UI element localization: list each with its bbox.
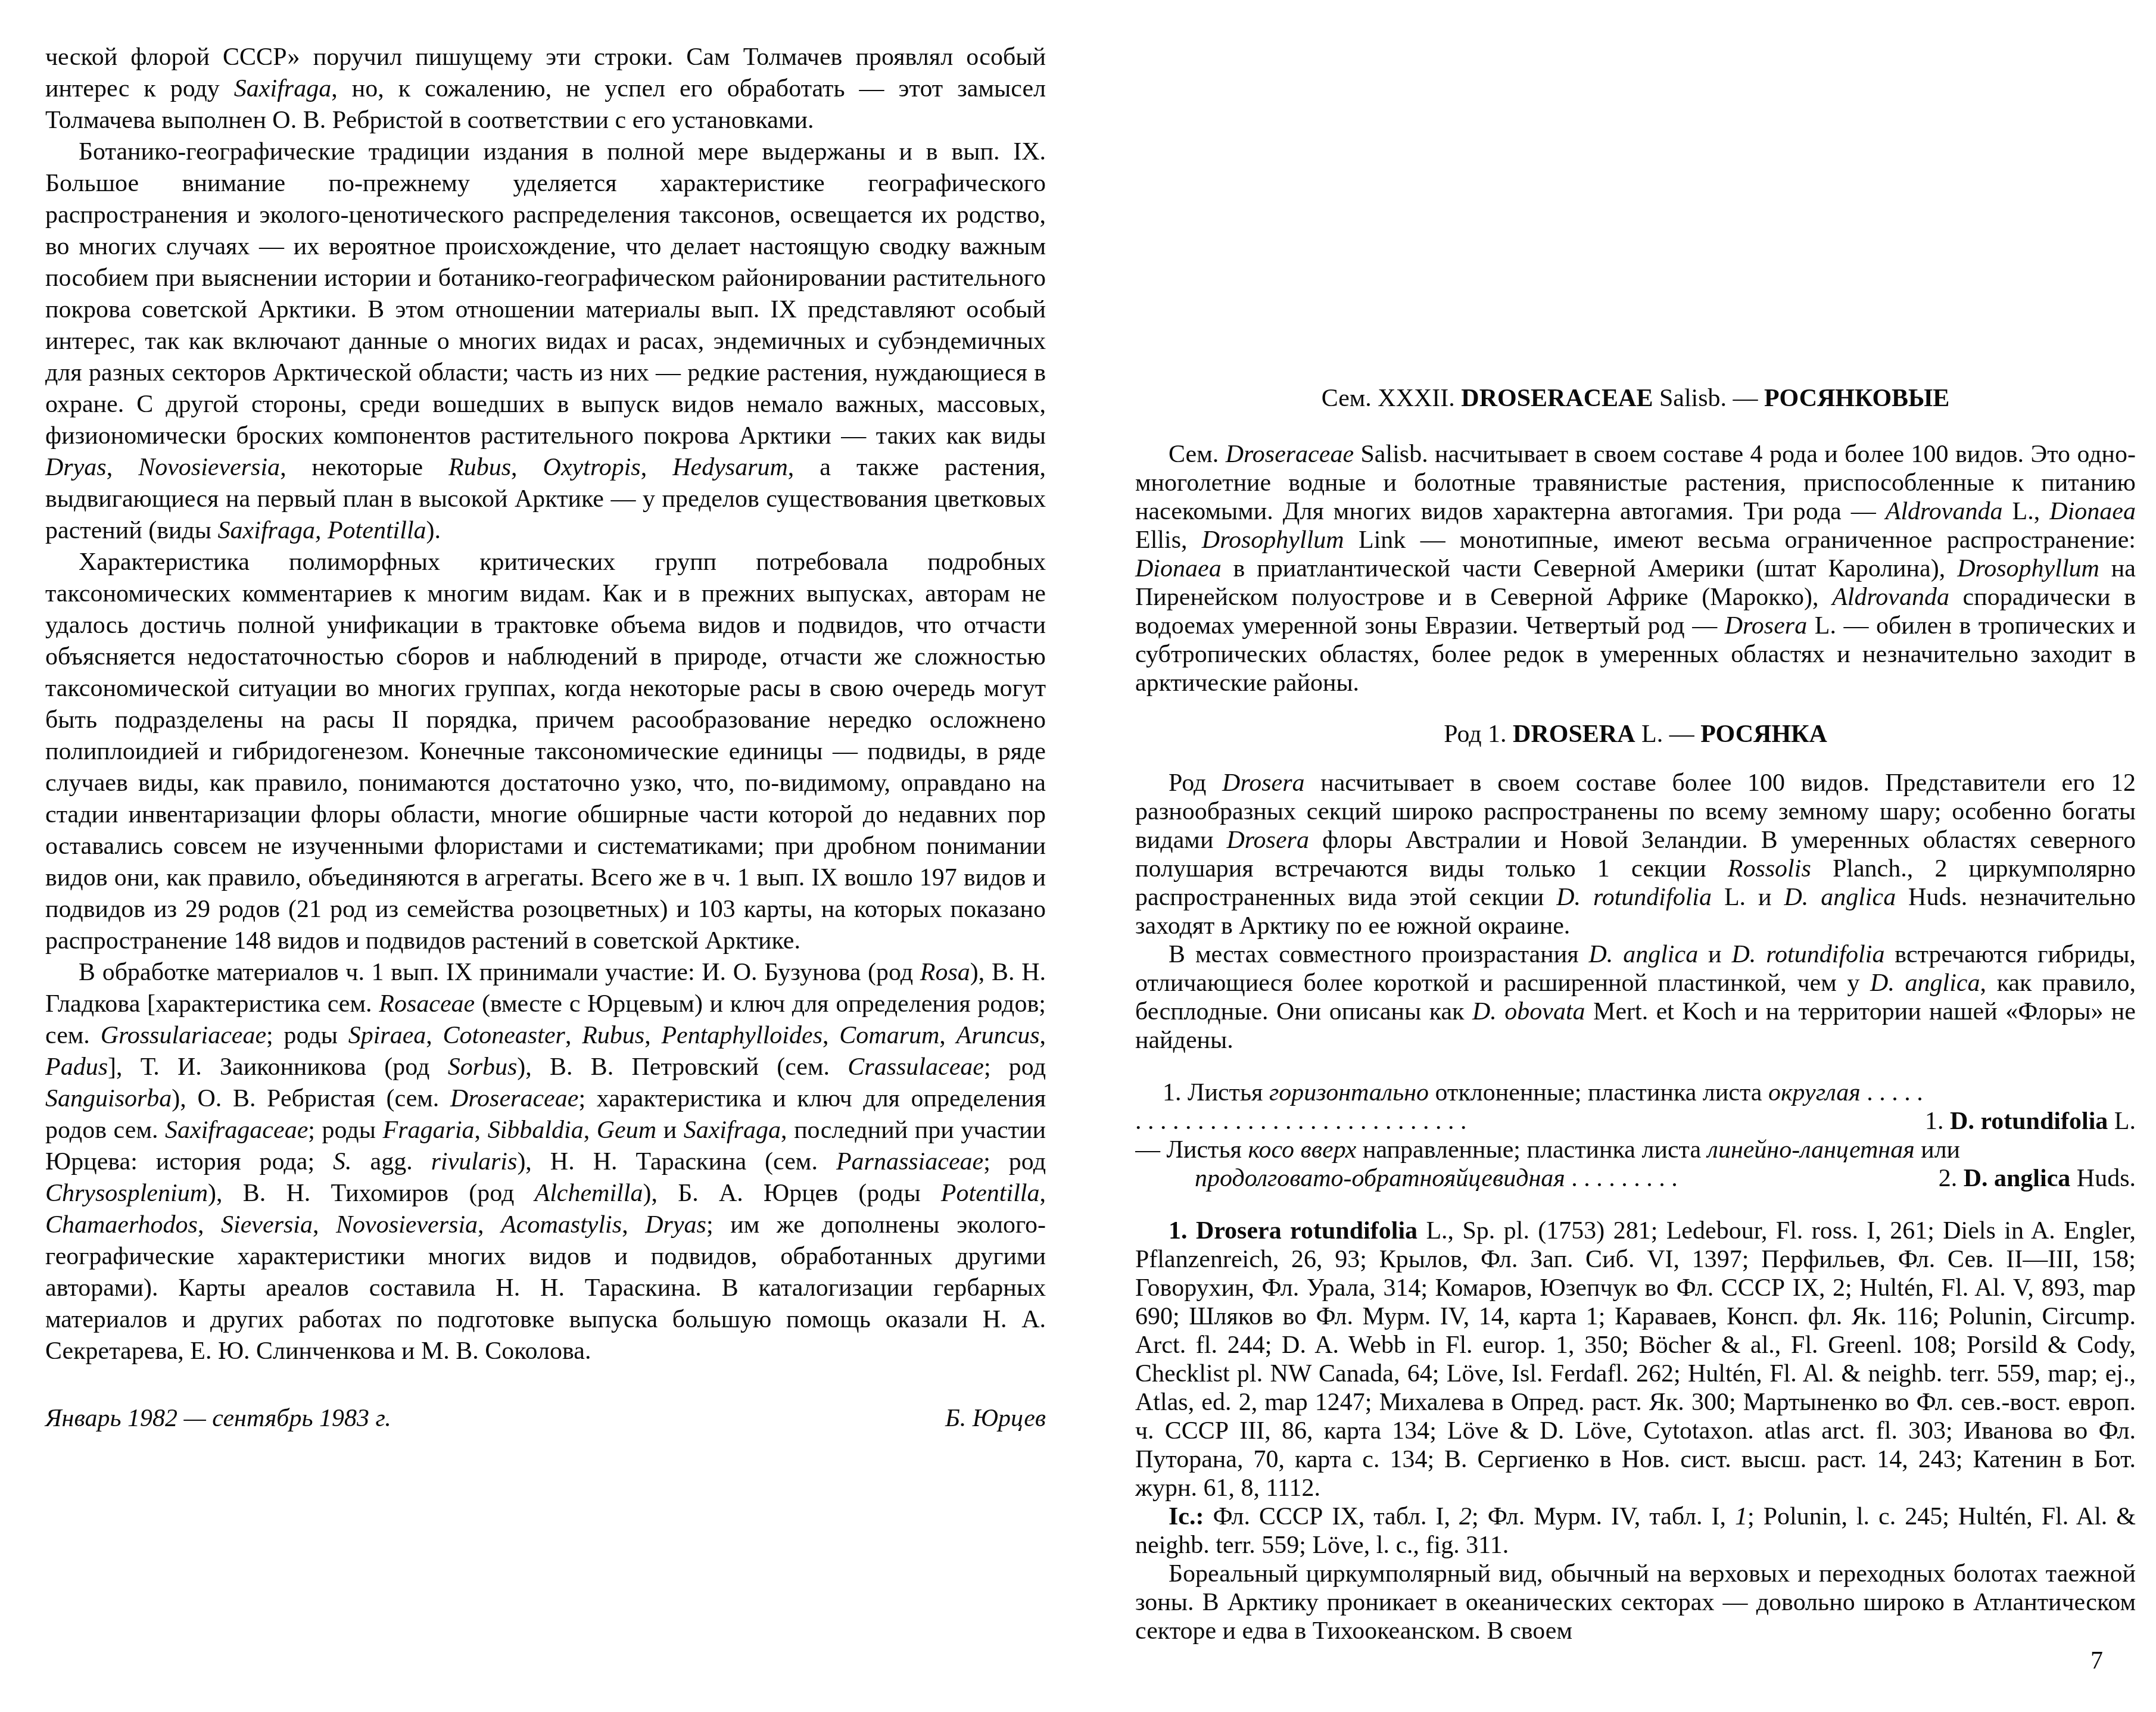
text-run: РОСЯНКОВЫЕ (1764, 385, 1949, 412)
left-paragraph-taxonomy: Характеристика полиморфных критических г… (45, 547, 1046, 957)
text-run: ; род (983, 1148, 1046, 1175)
left-paragraph-traditions: Ботанико-географические традиции издания… (45, 136, 1046, 547)
text-run: Сем. XXXII. (1322, 385, 1462, 412)
hybrids-paragraph: В местах совместного произрастания D. an… (1135, 940, 2136, 1055)
text-run: Potentilla (941, 1180, 1040, 1207)
text-run: , (641, 454, 673, 481)
left-column: ческой флорой СССР» поручил пишущему эти… (45, 42, 1046, 1435)
text-run: , (107, 454, 139, 481)
text-run: и (1698, 941, 1731, 968)
text-run: agg. (352, 1148, 431, 1175)
text-run: Sanguisorba (45, 1085, 172, 1112)
text-run: Oxytropis (543, 454, 641, 481)
text-run: Droseraceae (1226, 441, 1354, 468)
text-run: Rubus (582, 1022, 644, 1049)
text-run: Ботанико-географические традиции издания… (45, 138, 1046, 450)
text-run: Saxifraga (234, 75, 331, 102)
text-run: Parnassiaceae (836, 1148, 983, 1175)
text-run: Бореальный циркумполярный вид, обычный н… (1135, 1560, 2136, 1645)
text-run: Dryas (45, 454, 107, 481)
text-run: или (1915, 1136, 1960, 1164)
text-run: в приатлантической части Северной Америк… (1222, 555, 1957, 582)
text-run: Sibbaldia (488, 1117, 584, 1144)
text-run: , (822, 1022, 839, 1049)
text-run: rivularis (431, 1148, 518, 1175)
iconography-paragraph: Ic.: Фл. СССР IX, табл. I, 2; Фл. Мурм. … (1135, 1502, 2136, 1560)
text-run: Link — монотипные, имеют весьма ограниче… (1344, 526, 2136, 554)
key-result-2: продолговато-обратнояйцевидная . . . . .… (1135, 1164, 2136, 1193)
text-run: , (1040, 1022, 1046, 1049)
text-run: Novosieversia (138, 454, 280, 481)
text-run: Drosera (1227, 827, 1309, 854)
text-run: косо вверх (1248, 1136, 1356, 1164)
text-run: Aldrovanda (1886, 498, 2003, 525)
text-run: Saxifraga (684, 1117, 781, 1144)
text-run: и (656, 1117, 684, 1144)
text-run: продолговато-обратнояйцевидная (1195, 1165, 1565, 1192)
key-leader-dots: . . . . . . . . . . . . . . . . . . . . … (1135, 1107, 1467, 1136)
text-run: Rossolis (1728, 855, 1811, 882)
text-run: L. и (1712, 884, 1784, 911)
genus-paragraph: Род Drosera насчитывает в своем составе … (1135, 769, 2136, 940)
text-run: Hedysarum (672, 454, 788, 481)
text-run: D. rotundifolia (1950, 1108, 2108, 1135)
text-run: ). (426, 517, 441, 544)
text-run: Saxifragaceae (165, 1117, 308, 1144)
text-run: ], Т. И. Заиконникова (род (108, 1053, 448, 1081)
text-run: Rosa (920, 959, 970, 986)
text-run: округлая (1768, 1079, 1861, 1106)
text-run: ), В. Н. Тихомиров (род (208, 1180, 535, 1207)
text-run: S. (333, 1148, 352, 1175)
text-run: Alchemilla (535, 1180, 643, 1207)
text-run: Dionaea (2049, 498, 2136, 525)
text-run: . . . . . (1861, 1079, 1923, 1106)
text-run: , (475, 1117, 488, 1144)
species-citation-paragraph: 1. Drosera rotundifolia L., Sp. pl. (175… (1135, 1217, 2136, 1502)
key-result-1: . . . . . . . . . . . . . . . . . . . . … (1135, 1107, 2136, 1136)
text-run: D. anglica (1964, 1165, 2071, 1192)
text-run: В обработке материалов ч. 1 вып. IX прин… (79, 959, 920, 986)
text-run: Drosophyllum (1957, 555, 2099, 582)
text-run: Sieversia (221, 1211, 313, 1239)
text-run: 1. Drosera rotundifolia (1169, 1217, 1417, 1245)
text-run: Grossulariaceae (101, 1022, 266, 1049)
text-run: Pentaphylloides (661, 1022, 822, 1049)
text-run: L. (2108, 1108, 2136, 1135)
text-run: , (939, 1022, 956, 1049)
text-run: — Листья (1135, 1136, 1248, 1164)
text-run: Comarum (839, 1022, 939, 1049)
text-run: L., Sp. pl. (1753) 281; Ledebour, Fl. ro… (1135, 1217, 2136, 1502)
text-run: ; роды (308, 1117, 382, 1144)
text-run: Sorbus (448, 1053, 518, 1081)
text-run: Geum (597, 1117, 656, 1144)
text-run: , (565, 1022, 582, 1049)
text-run: Chamaerhodos (45, 1211, 198, 1239)
text-run: Ellis, (1135, 526, 1202, 554)
text-run: Род (1169, 769, 1222, 797)
text-run: Novosieversia (336, 1211, 478, 1239)
text-run: D. rotundifolia (1732, 941, 1885, 968)
dateline-period: Январь 1982 — сентябрь 1983 г. (45, 1403, 391, 1435)
text-run: Droseraceae (450, 1085, 578, 1112)
text-run: ), Н. Н. Тараскина (сем. (517, 1148, 836, 1175)
text-run: Dryas (645, 1211, 706, 1239)
text-run: 2 (1459, 1503, 1472, 1530)
text-run: ; Фл. Мурм. IV, табл. I, (1472, 1503, 1735, 1530)
text-run: 1. (1925, 1108, 1950, 1135)
text-run: Chrysosplenium (45, 1180, 208, 1207)
text-run: D. obovata (1472, 998, 1585, 1025)
genus-heading: Род 1. DROSERA L. — РОСЯНКА (1135, 720, 2136, 749)
text-run: горизонтально (1269, 1079, 1429, 1106)
identification-key: 1. Листья горизонтально отклоненные; пла… (1135, 1078, 2136, 1193)
text-run: DROSERACEAE (1461, 385, 1653, 412)
text-run: Acomastylis (501, 1211, 622, 1239)
text-run: Fragaria (383, 1117, 475, 1144)
text-run: , некоторые (280, 454, 448, 481)
text-run: ; роды (266, 1022, 348, 1049)
text-run: Spiraea (348, 1022, 426, 1049)
text-run: Rosaceae (379, 990, 475, 1018)
text-run: Padus (45, 1053, 108, 1081)
text-run: , (426, 1022, 443, 1049)
text-run: Aruncus (957, 1022, 1040, 1049)
family-intro-paragraph: Сем. Droseraceae Salisb. насчитывает в с… (1135, 440, 2136, 697)
text-run: . . . . . . . . . . . . . . . . . . . . … (1135, 1108, 1467, 1135)
right-column: Сем. XXXII. DROSERACEAE Salisb. — РОСЯНК… (1135, 384, 2136, 1645)
text-run: Drosophyllum (1202, 526, 1344, 554)
text-run: Crassulaceae (848, 1053, 984, 1081)
text-run: D. rotundifolia (1556, 884, 1712, 911)
text-run: . . . . . . . . . (1565, 1165, 1678, 1192)
text-run: Ic.: (1169, 1503, 1204, 1530)
text-run: Rubus (448, 454, 511, 481)
left-paragraph-contributors: В обработке материалов ч. 1 вып. IX прин… (45, 957, 1046, 1367)
text-run: ), О. В. Ребристая (сем. (172, 1085, 450, 1112)
text-run: Aldrovanda (1832, 584, 1949, 611)
dateline-author: Б. Юрцев (945, 1403, 1046, 1435)
key-taxon-anglica: 2. D. anglica Huds. (1939, 1164, 2136, 1193)
text-run: Huds. (2070, 1165, 2136, 1192)
text-run: Saxifraga, Potentilla (218, 517, 426, 544)
key-lead-2: — Листья косо вверх направленные; пласти… (1135, 1136, 2136, 1164)
text-run: Salisb. — (1653, 385, 1764, 412)
text-run: РОСЯНКА (1700, 721, 1827, 748)
text-run: , (313, 1211, 336, 1239)
key-taxon-rotundifolia: 1. D. rotundifolia L. (1925, 1107, 2136, 1136)
text-run: ), В. В. Петровский (сем. (517, 1053, 848, 1081)
text-run: D. anglica (1784, 884, 1896, 911)
text-run: ), Б. А. Юрцев (роды (643, 1180, 940, 1207)
key-lead-1: 1. Листья горизонтально отклоненные; пла… (1135, 1078, 2136, 1107)
text-run: D. anglica (1588, 941, 1698, 968)
distribution-paragraph: Бореальный циркумполярный вид, обычный н… (1135, 1560, 2136, 1645)
dateline: Январь 1982 — сентябрь 1983 г. Б. Юрцев (45, 1403, 1046, 1435)
text-run: , (622, 1211, 645, 1239)
text-run: Характеристика полиморфных критических г… (45, 548, 1046, 955)
text-run: DROSERA (1513, 721, 1635, 748)
text-run: В местах совместного произрастания (1169, 941, 1588, 968)
page-number: 7 (2090, 1646, 2103, 1675)
text-run: 1. Листья (1163, 1079, 1269, 1106)
text-run: L. — (1635, 721, 1700, 748)
text-run: Род 1. (1444, 721, 1513, 748)
text-run: , (1040, 1180, 1046, 1207)
text-run: Drosera (1725, 612, 1807, 640)
text-run: 1 (1735, 1503, 1747, 1530)
text-run: , (478, 1211, 501, 1239)
text-run: , (198, 1211, 221, 1239)
text-run: , (584, 1117, 597, 1144)
text-run: Фл. СССР IX, табл. I, (1204, 1503, 1459, 1530)
text-run: линейно-ланцетная (1708, 1136, 1915, 1164)
text-run: L., (2003, 498, 2050, 525)
text-run: Сем. (1169, 441, 1226, 468)
text-run: Dionaea (1135, 555, 1222, 582)
text-run: , (644, 1022, 661, 1049)
text-run: D. anglica (1870, 969, 1980, 997)
text-run: Cotoneaster (443, 1022, 565, 1049)
left-paragraph-continuation: ческой флорой СССР» поручил пишущему эти… (45, 42, 1046, 136)
text-run: Drosera (1222, 769, 1304, 797)
family-heading: Сем. XXXII. DROSERACEAE Salisb. — РОСЯНК… (1135, 384, 2136, 413)
text-run: направленные; пластинка листа (1357, 1136, 1708, 1164)
text-run: отклоненные; пластинка листа (1429, 1079, 1768, 1106)
text-run: ; род (984, 1053, 1046, 1081)
key-leader-text: продолговато-обратнояйцевидная . . . . .… (1195, 1164, 1678, 1193)
text-run: , (511, 454, 543, 481)
text-run: 2. (1939, 1165, 1964, 1192)
